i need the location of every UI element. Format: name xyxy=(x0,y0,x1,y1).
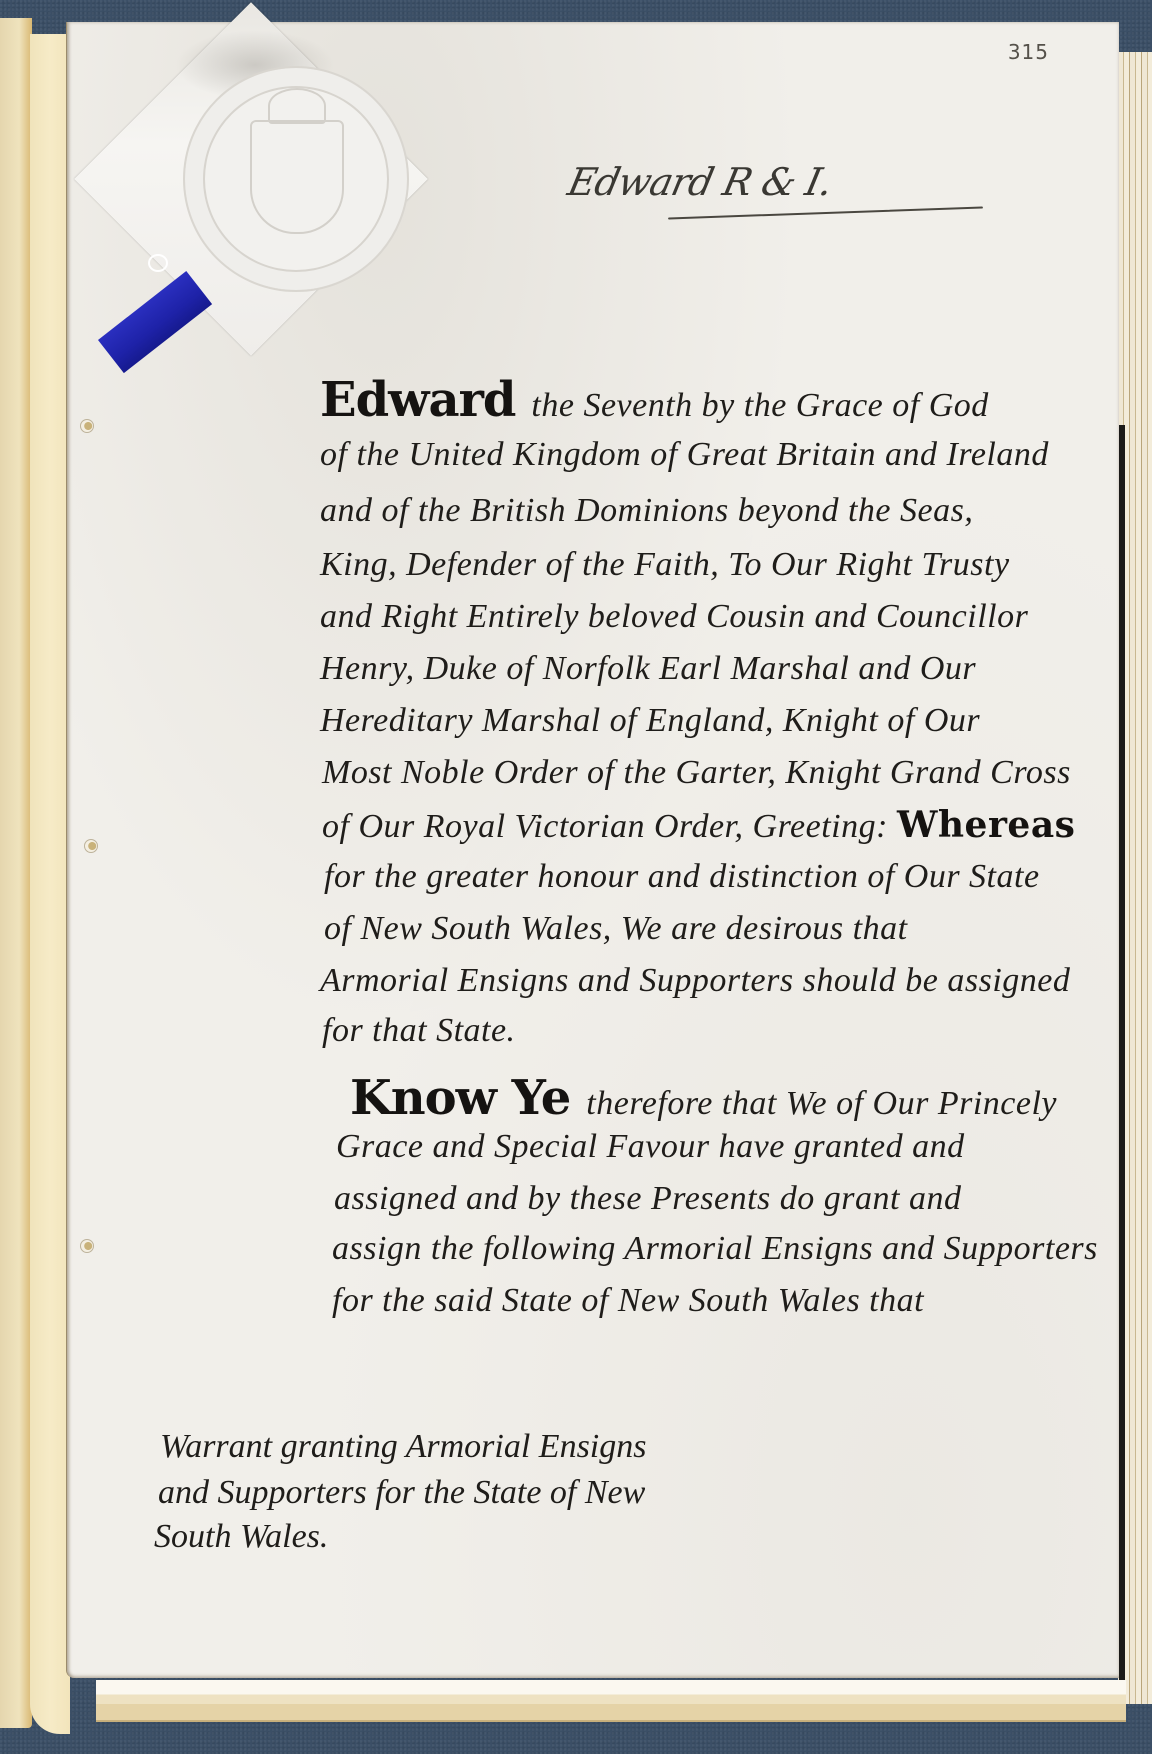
left-binding-leaf xyxy=(0,18,32,1728)
royal-sign-manual: Edward R & I. xyxy=(559,160,994,230)
ribbon-loop xyxy=(148,254,168,272)
bottom-page-edges xyxy=(96,1680,1126,1722)
body-line: for the greater honour and distinction o… xyxy=(324,858,1040,896)
body-line: Grace and Special Favour have granted an… xyxy=(336,1128,965,1166)
binding-hole-icon xyxy=(80,419,94,433)
binding-hole-icon xyxy=(80,1239,94,1253)
know-ye-heading: Know Ye xyxy=(350,1070,570,1126)
body-line: Armorial Ensigns and Supporters should b… xyxy=(320,962,1070,1000)
margin-note-line: South Wales. xyxy=(154,1518,328,1556)
body-line: and Right Entirely beloved Cousin and Co… xyxy=(320,598,1028,636)
body-line: of Our Royal Victorian Order, Greeting: … xyxy=(322,804,1075,846)
binding-hole-icon xyxy=(84,839,98,853)
body-line: Henry, Duke of Norfolk Earl Marshal and … xyxy=(320,650,976,688)
body-line: of New South Wales, We are desirous that xyxy=(324,910,908,948)
body-line: for the said State of New South Wales th… xyxy=(332,1282,924,1320)
margin-note-line: and Supporters for the State of New xyxy=(158,1474,645,1512)
body-line: King, Defender of the Faith, To Our Righ… xyxy=(320,546,1010,584)
body-line: assigned and by these Presents do grant … xyxy=(334,1180,961,1218)
body-line: Most Noble Order of the Garter, Knight G… xyxy=(322,754,1071,792)
folio-number: 315 xyxy=(1008,40,1049,64)
body-line: and of the British Dominions beyond the … xyxy=(320,492,973,530)
royal-arms-shield-icon xyxy=(250,120,344,234)
left-binding-leaf-inner xyxy=(30,34,70,1734)
body-line: Know Yetherefore that We of Our Princely xyxy=(350,1070,1057,1126)
page-gap-shadow xyxy=(1119,425,1125,1680)
body-line: Edwardthe Seventh by the Grace of God xyxy=(320,372,989,428)
body-line: Hereditary Marshal of England, Knight of… xyxy=(320,702,980,740)
margin-note-line: Warrant granting Armorial Ensigns xyxy=(160,1428,646,1466)
body-line: assign the following Armorial Ensigns an… xyxy=(332,1230,1098,1268)
crown-icon xyxy=(268,88,326,124)
body-line: for that State. xyxy=(322,1012,516,1050)
body-line: of the United Kingdom of Great Britain a… xyxy=(320,436,1049,474)
opening-word: Edward xyxy=(320,372,515,428)
whereas-word: Whereas xyxy=(897,804,1075,846)
